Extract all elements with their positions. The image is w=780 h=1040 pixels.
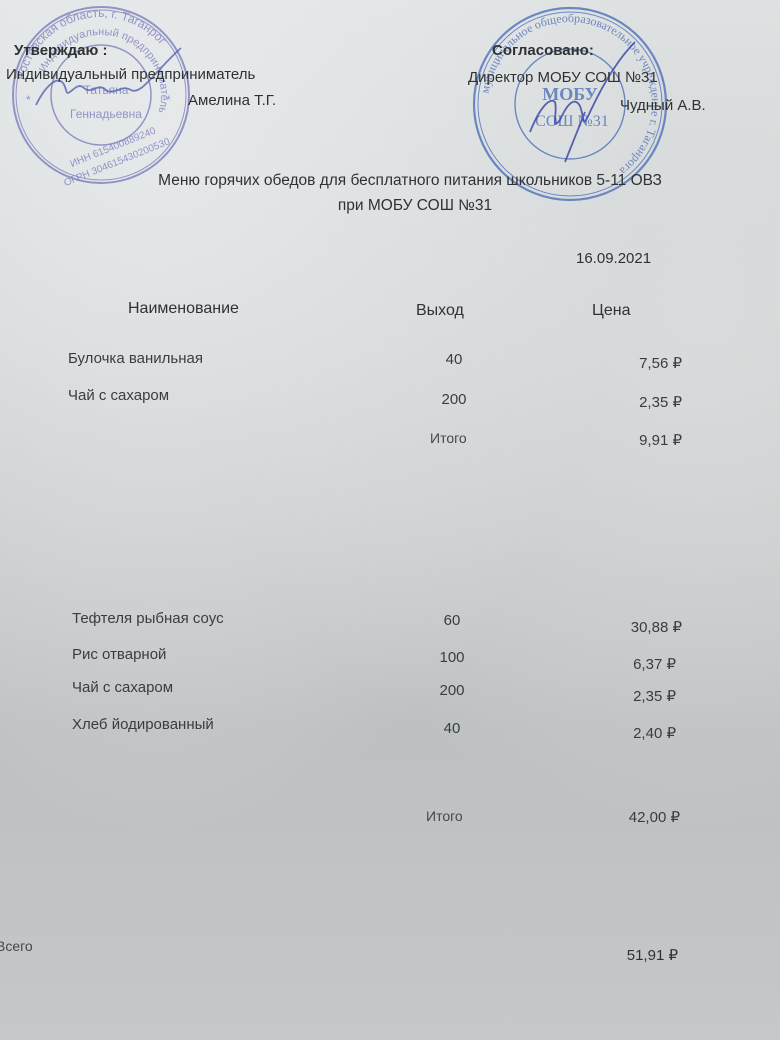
svg-text:МОБУ: МОБУ: [542, 84, 597, 104]
item-yield: 200: [414, 391, 494, 408]
item-price: 7,56 ₽: [562, 354, 682, 372]
section-total-value: 42,00 ₽: [560, 808, 680, 826]
svg-text:Татьяна: Татьяна: [84, 83, 129, 97]
svg-text:СОШ №31: СОШ №31: [535, 113, 609, 130]
item-price: 2,40 ₽: [556, 724, 676, 742]
item-name: Булочка ванильная: [68, 350, 203, 367]
approve-role: Индивидуальный предприниматель: [6, 66, 255, 83]
item-price: 30,88 ₽: [562, 618, 682, 636]
section-total-label: Итого: [430, 430, 467, 446]
document-page: Ростовская область, г. Таганрог Индивиду…: [0, 0, 780, 1040]
item-price: 6,37 ₽: [556, 655, 676, 673]
item-price: 2,35 ₽: [556, 687, 676, 705]
agree-role: Директор МОБУ СОШ №31: [468, 69, 658, 86]
item-name: Тефтеля рыбная соус: [72, 610, 224, 627]
item-price: 2,35 ₽: [562, 393, 682, 411]
agree-label: Согласовано:: [492, 42, 594, 59]
grand-total-label: Всего: [0, 938, 33, 954]
item-yield: 200: [412, 682, 492, 699]
column-header-name: Наименование: [128, 300, 239, 318]
item-yield: 40: [412, 720, 492, 737]
column-header-price: Цена: [592, 302, 630, 320]
item-name: Рис отварной: [72, 646, 166, 663]
item-yield: 100: [412, 649, 492, 666]
svg-text:ИНН 615400889240: ИНН 615400889240: [69, 125, 158, 170]
item-yield: 40: [414, 351, 494, 368]
approve-label: Утверждаю :: [14, 42, 107, 59]
menu-subtitle: при МОБУ СОШ №31: [0, 197, 780, 215]
svg-text:муниципальное общеобразователь: муниципальное общеобразовательное учрежд…: [478, 11, 663, 179]
menu-title: Меню горячих обедов для бесплатного пита…: [0, 172, 780, 190]
section-total-label: Итого: [426, 808, 463, 824]
menu-date: 16.09.2021: [576, 250, 651, 267]
item-name: Чай с сахаром: [68, 387, 169, 404]
approve-name: Амелина Т.Г.: [188, 92, 276, 109]
svg-text:*: *: [166, 93, 171, 107]
section-total-value: 9,91 ₽: [562, 431, 682, 449]
svg-text:Геннадьевна: Геннадьевна: [70, 107, 142, 121]
svg-text:*: *: [26, 93, 31, 107]
left-stamp-seal: Ростовская область, г. Таганрог Индивиду…: [6, 0, 196, 190]
item-name: Чай с сахаром: [72, 679, 173, 696]
item-name: Хлеб йодированный: [72, 716, 214, 733]
grand-total-value: 51,91 ₽: [558, 946, 678, 964]
column-header-yield: Выход: [416, 302, 464, 320]
item-yield: 60: [412, 612, 492, 629]
agree-name: Чудный А.В.: [620, 97, 706, 114]
